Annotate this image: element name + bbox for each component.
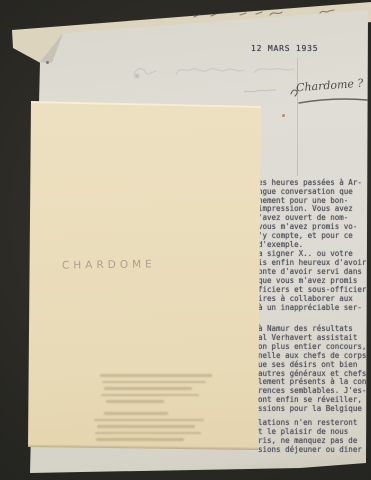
paper-speck: [46, 61, 49, 64]
typed-line: ris, ne manquez pas de: [258, 436, 366, 445]
typed-line: ssions pour la Belgique: [258, 405, 366, 414]
typed-line: a signer X.. ou votre: [258, 249, 366, 258]
typed-paragraph-3: que vous m'avez promisficiers et sous-of…: [258, 276, 366, 312]
typed-paragraph-5: lations n'en resterontt le plaisir de no…: [258, 418, 366, 454]
typed-text-column: es heures passées à Ar-ngue conversation…: [258, 0, 366, 480]
typed-line: is enfin heureux d'avoir: [258, 258, 366, 267]
scanned-document-page: 12 MARS 1935 Chardome ? es heures passée…: [0, 0, 371, 480]
bleed-through-text-1: [100, 374, 216, 407]
typed-paragraph-2: a signer X.. ou votreis enfin heureux d'…: [258, 249, 366, 276]
typed-line: t le plaisir de nous: [258, 427, 366, 436]
envelope-handwritten-label: CHARDOME: [62, 258, 156, 271]
typed-line: ficiers et sous-officiers: [258, 285, 366, 294]
bleed-through-text-2: [94, 412, 214, 445]
typed-line: onte d'avoir servi dans: [258, 267, 366, 276]
typed-line: que vous m'avez promis: [258, 276, 366, 285]
typed-paragraph-4: à Namur des résultatsal Verhavert assist…: [258, 325, 366, 414]
typed-paragraph-1: es heures passées à Ar-ngue conversation…: [258, 179, 366, 249]
typed-line: ires à collaborer aux: [258, 294, 366, 303]
typed-line: à un inappréciable ser-: [258, 303, 366, 312]
typed-line: sions déjeuner ou diner: [258, 445, 366, 454]
typed-line: lations n'en resteront: [258, 418, 366, 427]
